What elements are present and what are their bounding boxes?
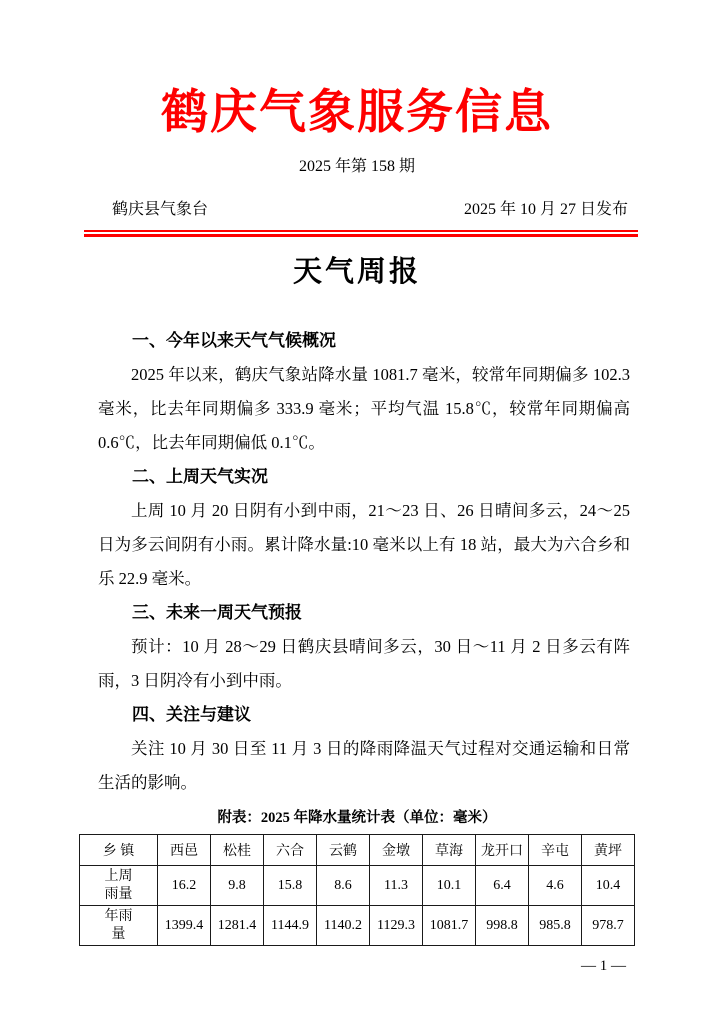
header-cell: 草海 [423,835,476,866]
section-2-paragraph: 上周 10 月 20 日阴有小到中雨，21～23 日、26 日晴间多云，24～2… [98,494,630,596]
red-divider-thick-stripe [84,234,638,237]
section-1-paragraph: 2025 年以来，鹤庆气象站降水量 1081.7 毫米，较常年同期偏多 102.… [98,358,630,460]
header-cell: 六合 [264,835,317,866]
table-cell: 1140.2 [317,906,370,946]
table-cell: 10.1 [423,866,476,906]
row-label-lastweek: 上周雨量 [80,866,158,906]
meta-row: 鹤庆县气象台 2025 年 10 月 27 日发布 [112,199,628,221]
table-cell: 9.8 [211,866,264,906]
table-cell: 998.8 [476,906,529,946]
header-cell: 龙开口 [476,835,529,866]
table-cell: 15.8 [264,866,317,906]
table-cell: 978.7 [582,906,635,946]
header-cell: 辛屯 [529,835,582,866]
table-cell: 1399.4 [158,906,211,946]
rainfall-table: 乡 镇 西邑 松桂 六合 云鹤 金墩 草海 龙开口 辛屯 黄坪 上周雨量 16.… [79,834,635,946]
header-cell: 西邑 [158,835,211,866]
issuing-agency: 鹤庆县气象台 [112,199,208,221]
table-header-row: 乡 镇 西邑 松桂 六合 云鹤 金墩 草海 龙开口 辛屯 黄坪 [80,835,635,866]
section-4-heading: 四、关注与建议 [98,698,630,732]
table-cell: 1144.9 [264,906,317,946]
table-cell: 16.2 [158,866,211,906]
table-cell: 4.6 [529,866,582,906]
section-3-heading: 三、未来一周天气预报 [98,596,630,630]
page-number: — 1 — [0,956,626,976]
table-cell: 985.8 [529,906,582,946]
section-3-paragraph: 预计：10 月 28～29 日鹤庆县晴间多云，30 日～11 月 2 日多云有阵… [98,630,630,698]
report-title: 天气周报 [0,254,714,290]
header-cell-township: 乡 镇 [80,835,158,866]
issue-number: 2025 年第 158 期 [0,157,714,177]
report-body: 一、今年以来天气气候概况 2025 年以来，鹤庆气象站降水量 1081.7 毫米… [98,324,630,800]
header-cell: 松桂 [211,835,264,866]
table-cell: 6.4 [476,866,529,906]
row-label-annual: 年雨量 [80,906,158,946]
table-cell: 1281.4 [211,906,264,946]
header-cell: 云鹤 [317,835,370,866]
bulletin-title: 鹤庆气象服务信息 [40,86,674,140]
section-2-heading: 二、上周天气实况 [98,460,630,494]
table-cell: 11.3 [370,866,423,906]
section-4-paragraph: 关注 10 月 30 日至 11 月 3 日的降雨降温天气过程对交通运输和日常生… [98,732,630,800]
table-caption: 附表：2025 年降水量统计表（单位：毫米） [0,808,714,828]
table-row-annual: 年雨量 1399.4 1281.4 1144.9 1140.2 1129.3 1… [80,906,635,946]
publish-date: 2025 年 10 月 27 日发布 [464,199,628,221]
table-cell: 8.6 [317,866,370,906]
table-cell: 10.4 [582,866,635,906]
header-cell: 黄坪 [582,835,635,866]
section-1-heading: 一、今年以来天气气候概况 [98,324,630,358]
row-label-text: 年雨量 [102,908,136,944]
red-divider-line [84,230,638,237]
row-label-text: 上周雨量 [102,868,136,904]
table-row-lastweek: 上周雨量 16.2 9.8 15.8 8.6 11.3 10.1 6.4 4.6… [80,866,635,906]
header-cell: 金墩 [370,835,423,866]
document-page: 鹤庆气象服务信息 2025 年第 158 期 鹤庆县气象台 2025 年 10 … [0,0,714,1010]
table-cell: 1129.3 [370,906,423,946]
table-cell: 1081.7 [423,906,476,946]
